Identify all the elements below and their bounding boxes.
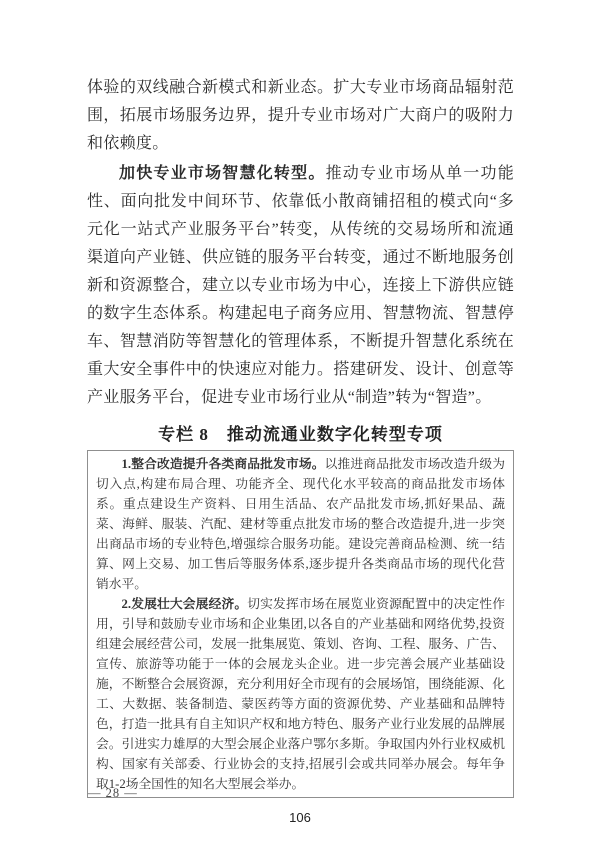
box-paragraph-wholesale-markets: 1.整合改造提升各类商品批发市场。以推进商品批发市场改造升级为切入点,构建布局合… [96,454,505,594]
special-column-box: 1.整合改造提升各类商品批发市场。以推进商品批发市场改造升级为切入点,构建布局合… [87,450,514,798]
paragraph-lead-bold: 加快专业市场智慧化转型。 [119,165,326,182]
page-number-original: — 28 — [88,786,138,801]
page-number: 106 [0,810,600,825]
page-body: 体验的双线融合新模式和新业态。扩大专业市场商品辐射范围，拓展市场服务边界，提升专… [87,74,514,798]
paragraph-continuation: 体验的双线融合新模式和新业态。扩大专业市场商品辐射范围，拓展市场服务边界，提升专… [87,74,514,158]
document-page: 体验的双线融合新模式和新业态。扩大专业市场商品辐射范围，拓展市场服务边界，提升专… [0,0,600,848]
box-paragraph-exhibition-economy: 2.发展壮大会展经济。切实发挥市场在展览业资源配置中的决定性作用，引导和鼓励专业… [96,594,505,794]
special-column-title: 专栏 8 推动流通业数字化转型专项 [87,424,514,446]
box-paragraph-lead-bold: 2.发展壮大会展经济。 [122,597,248,611]
box-paragraph-text: 切实发挥市场在展览业资源配置中的决定性作用，引导和鼓励专业市场和企业集团,以各自… [96,597,505,791]
box-paragraph-text: 以推进商品批发市场改造升级为切入点,构建布局合理、功能齐全、现代化水平较高的商品… [96,457,505,591]
paragraph-text: 体验的双线融合新模式和新业态。扩大专业市场商品辐射范围，拓展市场服务边界，提升专… [87,79,514,152]
box-paragraph-lead-bold: 1.整合改造提升各类商品批发市场。 [122,457,325,471]
paragraph-smart-transformation: 加快专业市场智慧化转型。推动专业市场从单一功能性、面向批发中间环节、依靠低小散商… [87,160,514,412]
paragraph-text: 推动专业市场从单一功能性、面向批发中间环节、依靠低小散商铺招租的模式向“多元化一… [87,165,514,406]
